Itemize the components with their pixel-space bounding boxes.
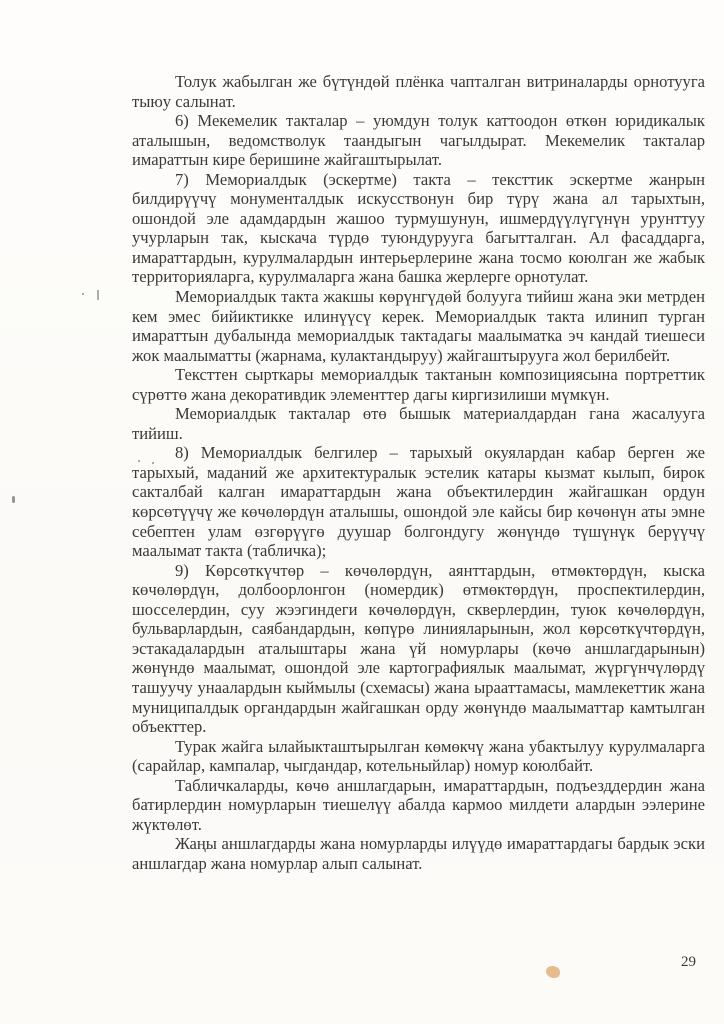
- paragraph-7-memorial-plaque: 7) Мемориалдык (эскертме) такта – текстт…: [132, 170, 705, 287]
- paragraph-memorial-plaque-composition: Тексттен сырткары мемориалдык тактанын к…: [132, 365, 705, 404]
- paragraph-9-indicators: 9) Көрсөткүчтөр – көчөлөрдүн, аянттардын…: [132, 561, 705, 737]
- paragraph-8-memorial-signs: 8) Мемориалдык белгилер – тарыхый окуяла…: [132, 443, 705, 560]
- paragraph-auxiliary-structures: Турак жайга ылайыкташтырылган көмөкчү жа…: [132, 737, 705, 776]
- scan-artifact-dot: [138, 460, 140, 462]
- scan-artifact-dot: [82, 293, 84, 295]
- document-body: Толук жабылган же бүтүндөй плёнка чаптал…: [132, 72, 705, 873]
- paragraph-display-windows-ban: Толук жабылган же бүтүндөй плёнка чаптал…: [132, 72, 705, 111]
- scan-artifact-dot: [152, 462, 154, 464]
- paragraph-6-institutional-plaques: 6) Мекемелик такталар – уюмдун толук кат…: [132, 111, 705, 170]
- scan-artifact-mark: [97, 290, 99, 300]
- paragraph-memorial-plaque-materials: Мемориалдык такталар өтө бышык материалд…: [132, 404, 705, 443]
- paragraph-old-signs-removal: Жаңы аншлагдарды жана номурларды илүүдө …: [132, 834, 705, 873]
- paragraph-owner-obligations: Табличкаларды, көчө аншлагдарын, имаратт…: [132, 776, 705, 835]
- paragraph-memorial-plaque-height: Мемориалдык такта жакшы көрүнгүдөй болуу…: [132, 287, 705, 365]
- page-number: 29: [681, 954, 696, 971]
- paper-stain-mark: [546, 966, 560, 978]
- scanned-document-page: Толук жабылган же бүтүндөй плёнка чаптал…: [0, 0, 724, 1024]
- scan-artifact-mark: [12, 496, 15, 503]
